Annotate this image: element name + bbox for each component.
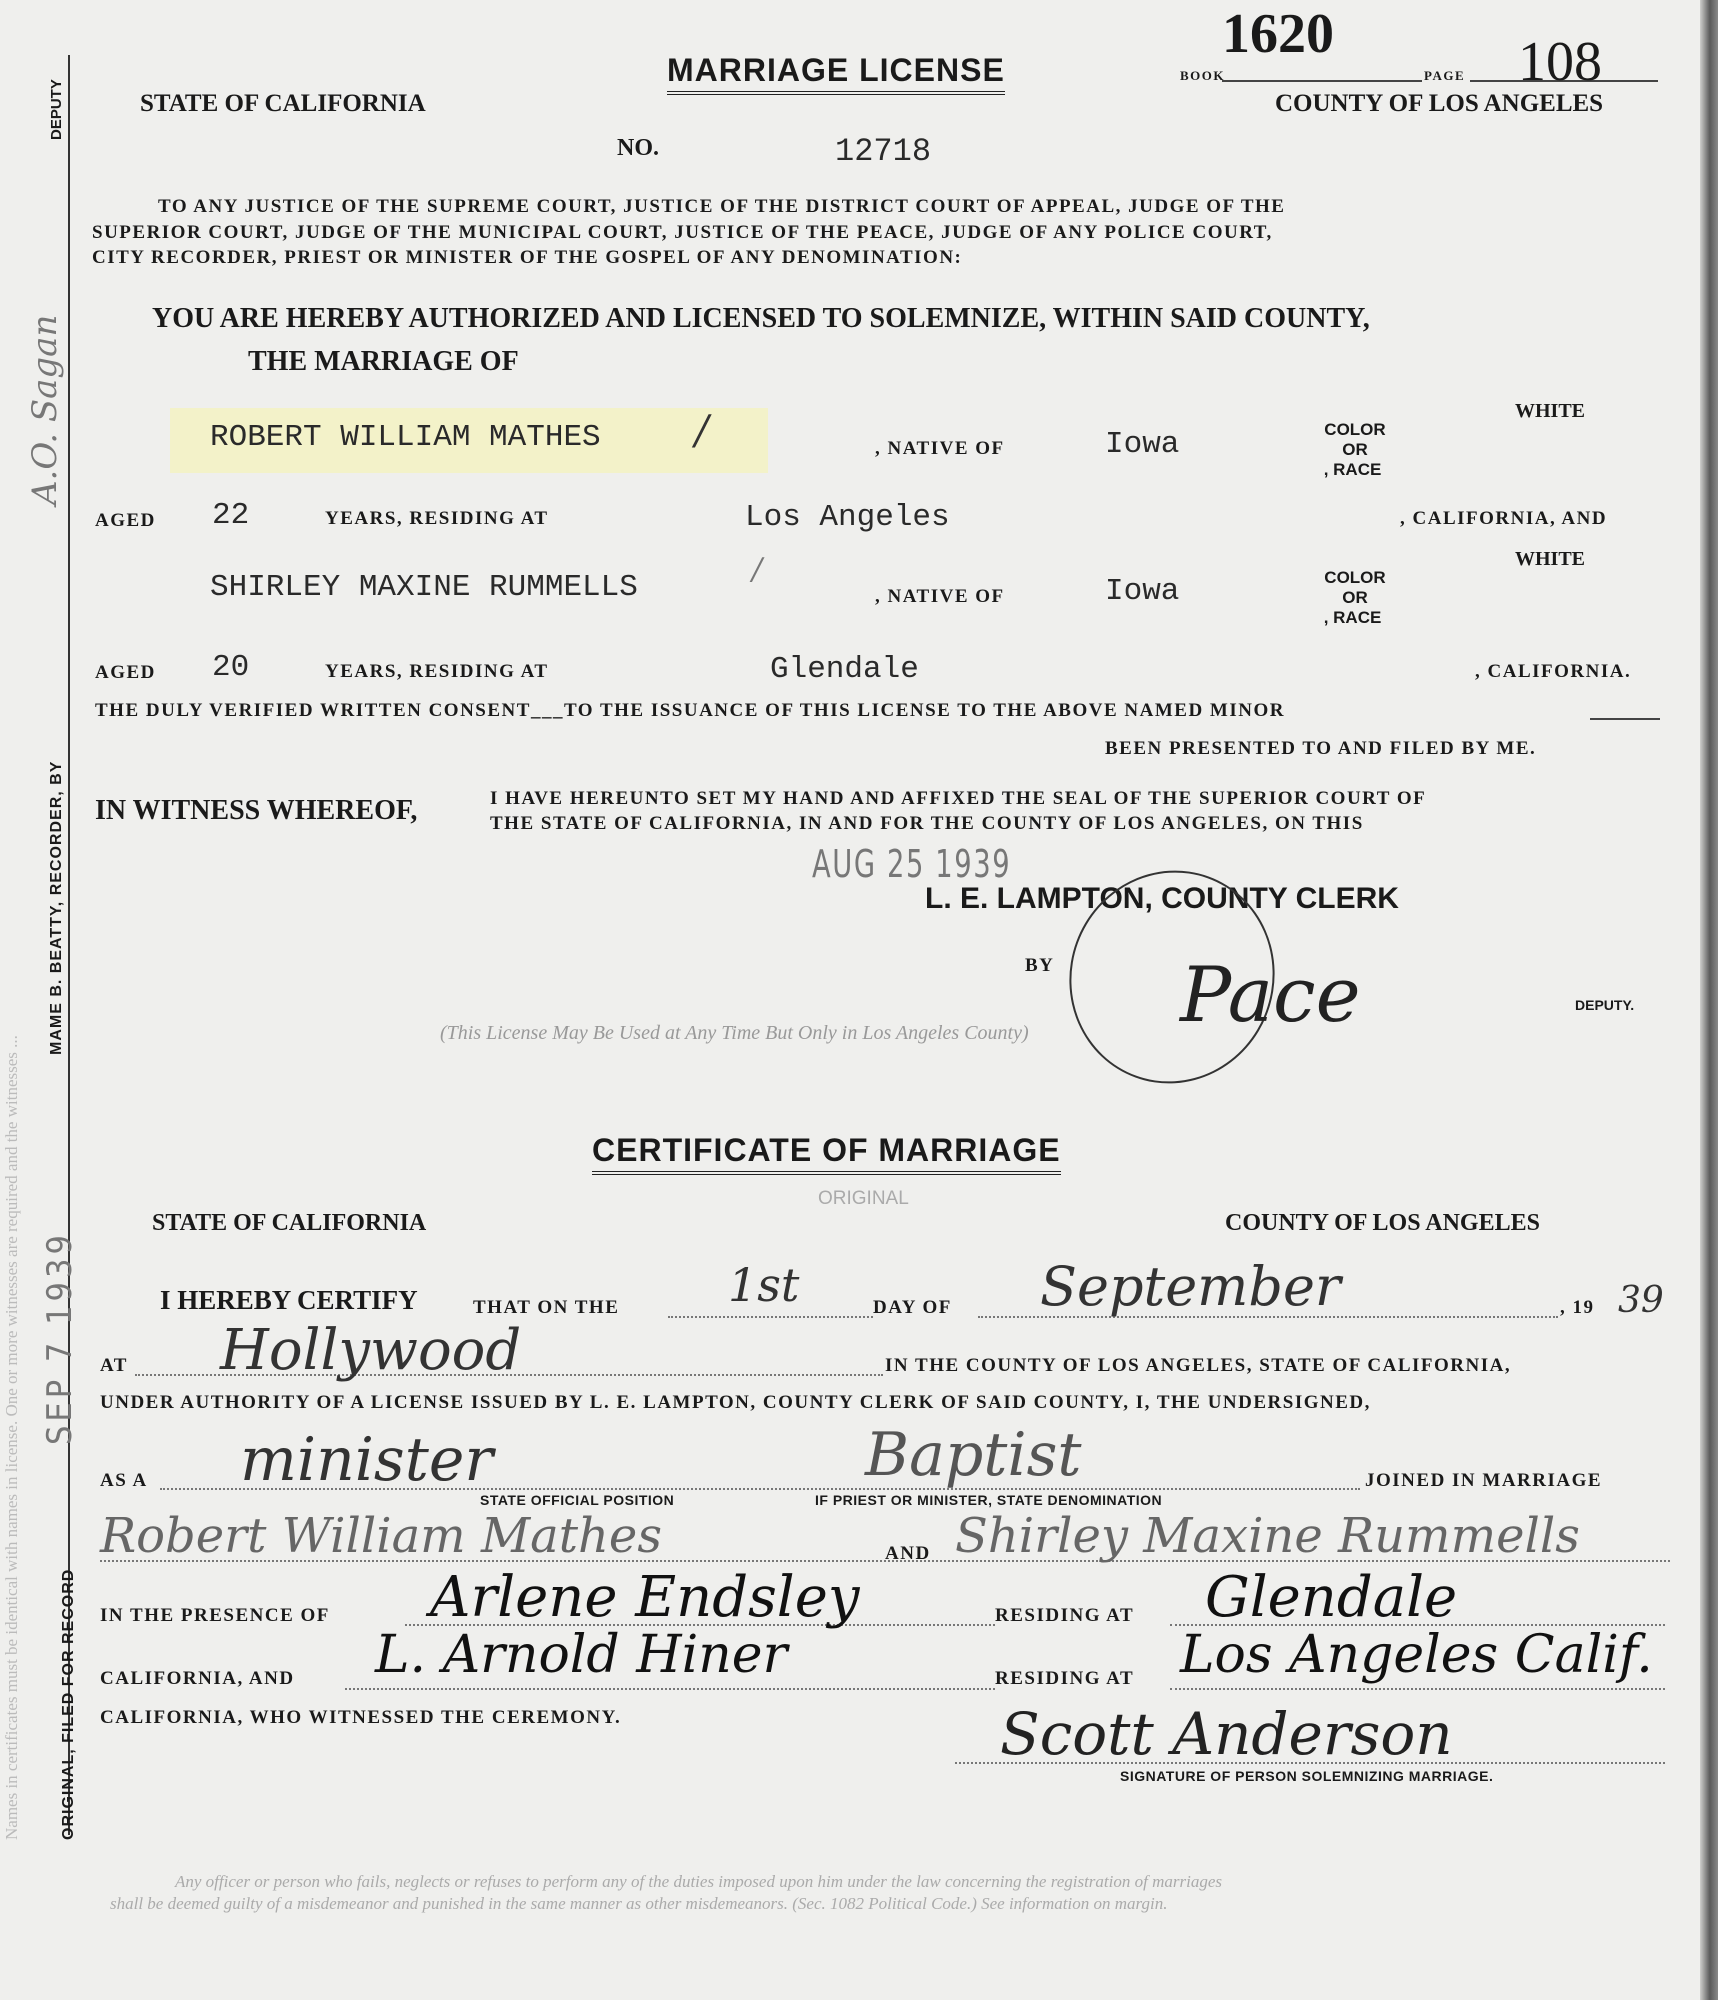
that-on-label: THAT ON THE	[473, 1297, 619, 1319]
address-line-3: CITY RECORDER, PRIEST OR MINISTER OF THE…	[92, 247, 962, 269]
issue-date-stamp: AUG 25 1939	[812, 842, 1011, 886]
margin-recorder-signature: A.O. Sagan	[25, 315, 65, 505]
witness-heading: IN WITNESS WHEREOF,	[95, 795, 417, 827]
consent-blank	[1590, 718, 1660, 720]
groom-color-label-3: , RACE	[1310, 460, 1395, 480]
groom-native-of: Iowa	[1105, 427, 1179, 462]
groom-name: ROBERT WILLIAM MATHES	[210, 420, 601, 455]
bride-age: 20	[212, 650, 249, 685]
and-label: AND	[885, 1543, 931, 1565]
authorization-line-2: THE MARRIAGE OF	[248, 346, 519, 378]
authority-line: UNDER AUTHORITY OF A LICENSE ISSUED BY L…	[100, 1392, 1371, 1414]
deputy-signature: Pace	[1180, 950, 1361, 1039]
margin-faint-instruction: Names in certificates must be identical …	[2, 1035, 22, 1840]
margin-recorder-label: MAME B. BEATTY, RECORDER, BY	[48, 761, 66, 1055]
book-value: 1620	[1222, 2, 1334, 66]
bride-color-label-1: COLOR	[1315, 568, 1395, 588]
denomination-caption: IF PRIEST OR MINISTER, STATE DENOMINATIO…	[815, 1492, 1162, 1508]
day-of-label: DAY OF	[873, 1297, 952, 1319]
witness1-name: Arlene Endsley	[430, 1565, 860, 1630]
certificate-month: September	[1040, 1255, 1341, 1318]
book-label: BOOK	[1180, 68, 1225, 84]
address-line-2: SUPERIOR COURT, JUDGE OF THE MUNICIPAL C…	[92, 222, 1273, 244]
officiant-caption: SIGNATURE OF PERSON SOLEMNIZING MARRIAGE…	[1120, 1768, 1493, 1784]
certificate-state: STATE OF CALIFORNIA	[152, 1210, 426, 1237]
license-title: MARRIAGE LICENSE	[667, 52, 1005, 95]
license-county: COUNTY OF LOS ANGELES	[1275, 90, 1603, 118]
bride-aged-label: AGED	[95, 662, 156, 684]
groom-age: 22	[212, 498, 249, 533]
witness2-residence-line	[1170, 1688, 1665, 1690]
bride-state-suffix: , CALIFORNIA.	[1475, 661, 1631, 683]
bride-check-mark: /	[752, 552, 762, 587]
license-number-value: 12718	[835, 133, 931, 170]
marriage-document: DEPUTY MAME B. BEATTY, RECORDER, BY A.O.…	[0, 0, 1700, 2000]
consent-line-2: BEEN PRESENTED TO AND FILED BY ME.	[1105, 738, 1536, 760]
county-line: IN THE COUNTY OF LOS ANGELES, STATE OF C…	[885, 1355, 1511, 1377]
margin-filed-stamp: SEP 7 1939	[40, 1231, 80, 1445]
groom-color-label-1: COLOR	[1315, 420, 1395, 440]
witness1-residence: Glendale	[1205, 1565, 1457, 1630]
groom-color-label-2: OR	[1315, 440, 1395, 460]
certificate-original-label: ORIGINAL	[818, 1188, 909, 1210]
as-a-label: AS A	[100, 1470, 148, 1492]
certificate-place: Hollywood	[220, 1318, 521, 1383]
california-and-label: CALIFORNIA, AND	[100, 1668, 295, 1690]
authorization-line-1: YOU ARE HEREBY AUTHORIZED AND LICENSED T…	[152, 303, 1370, 335]
year-prefix: , 19	[1560, 1297, 1595, 1319]
groom-race: WHITE	[1515, 400, 1585, 423]
certificate-title: CERTIFICATE OF MARRIAGE	[592, 1132, 1061, 1175]
page-value: 108	[1518, 30, 1602, 94]
license-usage-note: (This License May Be Used at Any Time Bu…	[440, 1022, 1029, 1045]
residing-label-1: RESIDING AT	[995, 1605, 1134, 1627]
witness-line-1: I HAVE HEREUNTO SET MY HAND AND AFFIXED …	[490, 788, 1426, 810]
footer-line-2: shall be deemed guilty of a misdemeanor …	[110, 1894, 1167, 1914]
officiant-position: minister	[240, 1425, 493, 1495]
by-label: BY	[1025, 955, 1054, 977]
officiant-signature: Scott Anderson	[1000, 1700, 1453, 1768]
witness2-line	[345, 1688, 995, 1690]
presence-label: IN THE PRESENCE OF	[100, 1605, 330, 1627]
groom-signature-name: Robert William Mathes	[100, 1508, 662, 1564]
groom-native-label: , NATIVE OF	[875, 438, 1005, 460]
residing-label-2: RESIDING AT	[995, 1668, 1134, 1690]
page-edge-shadow	[1700, 0, 1718, 2000]
bride-native-of: Iowa	[1105, 574, 1179, 609]
bride-name: SHIRLEY MAXINE RUMMELLS	[210, 570, 638, 605]
position-caption: STATE OFFICIAL POSITION	[480, 1492, 674, 1508]
book-line	[1222, 80, 1422, 82]
footer-line-1: Any officer or person who fails, neglect…	[175, 1872, 1222, 1892]
license-number-label: NO.	[617, 135, 659, 162]
joined-label: JOINED IN MARRIAGE	[1365, 1470, 1602, 1492]
bride-race: WHITE	[1515, 548, 1585, 571]
bride-native-label: , NATIVE OF	[875, 586, 1005, 608]
bride-color-label-3: , RACE	[1310, 608, 1395, 628]
bride-signature-name: Shirley Maxine Rummells	[955, 1508, 1580, 1564]
witness2-name: L. Arnold Hiner	[375, 1625, 787, 1685]
margin-filed-label: ORIGINAL, FILED FOR RECORD	[60, 1569, 78, 1840]
certificate-county: COUNTY OF LOS ANGELES	[1225, 1210, 1540, 1237]
witness-line-2: THE STATE OF CALIFORNIA, IN AND FOR THE …	[490, 813, 1364, 835]
margin-deputy-label: DEPUTY	[48, 79, 65, 140]
consent-line-1: THE DULY VERIFIED WRITTEN CONSENT___TO T…	[95, 700, 1285, 722]
bride-residing-label: YEARS, RESIDING AT	[325, 661, 549, 683]
page-label: PAGE	[1424, 68, 1465, 84]
bride-color-label-2: OR	[1315, 588, 1395, 608]
deputy-label: DEPUTY.	[1575, 997, 1634, 1013]
witness2-residence: Los Angeles Calif.	[1180, 1625, 1653, 1685]
groom-check-mark: /	[695, 408, 708, 454]
officiant-denomination: Baptist	[865, 1420, 1081, 1490]
certificate-day: 1st	[728, 1258, 799, 1312]
groom-residing-label: YEARS, RESIDING AT	[325, 508, 549, 530]
groom-residence: Los Angeles	[745, 500, 950, 535]
year-suffix: 39	[1618, 1280, 1664, 1321]
at-label: AT	[100, 1355, 128, 1377]
license-state: STATE OF CALIFORNIA	[140, 90, 426, 118]
groom-state-suffix: , CALIFORNIA, AND	[1400, 508, 1607, 530]
bride-residence: Glendale	[770, 652, 919, 687]
witnessed-line: CALIFORNIA, WHO WITNESSED THE CEREMONY.	[100, 1707, 621, 1729]
groom-aged-label: AGED	[95, 510, 156, 532]
certify-label: I HEREBY CERTIFY	[160, 1285, 418, 1316]
address-line-1: TO ANY JUSTICE OF THE SUPREME COURT, JUS…	[158, 196, 1285, 218]
day-line	[668, 1316, 873, 1318]
